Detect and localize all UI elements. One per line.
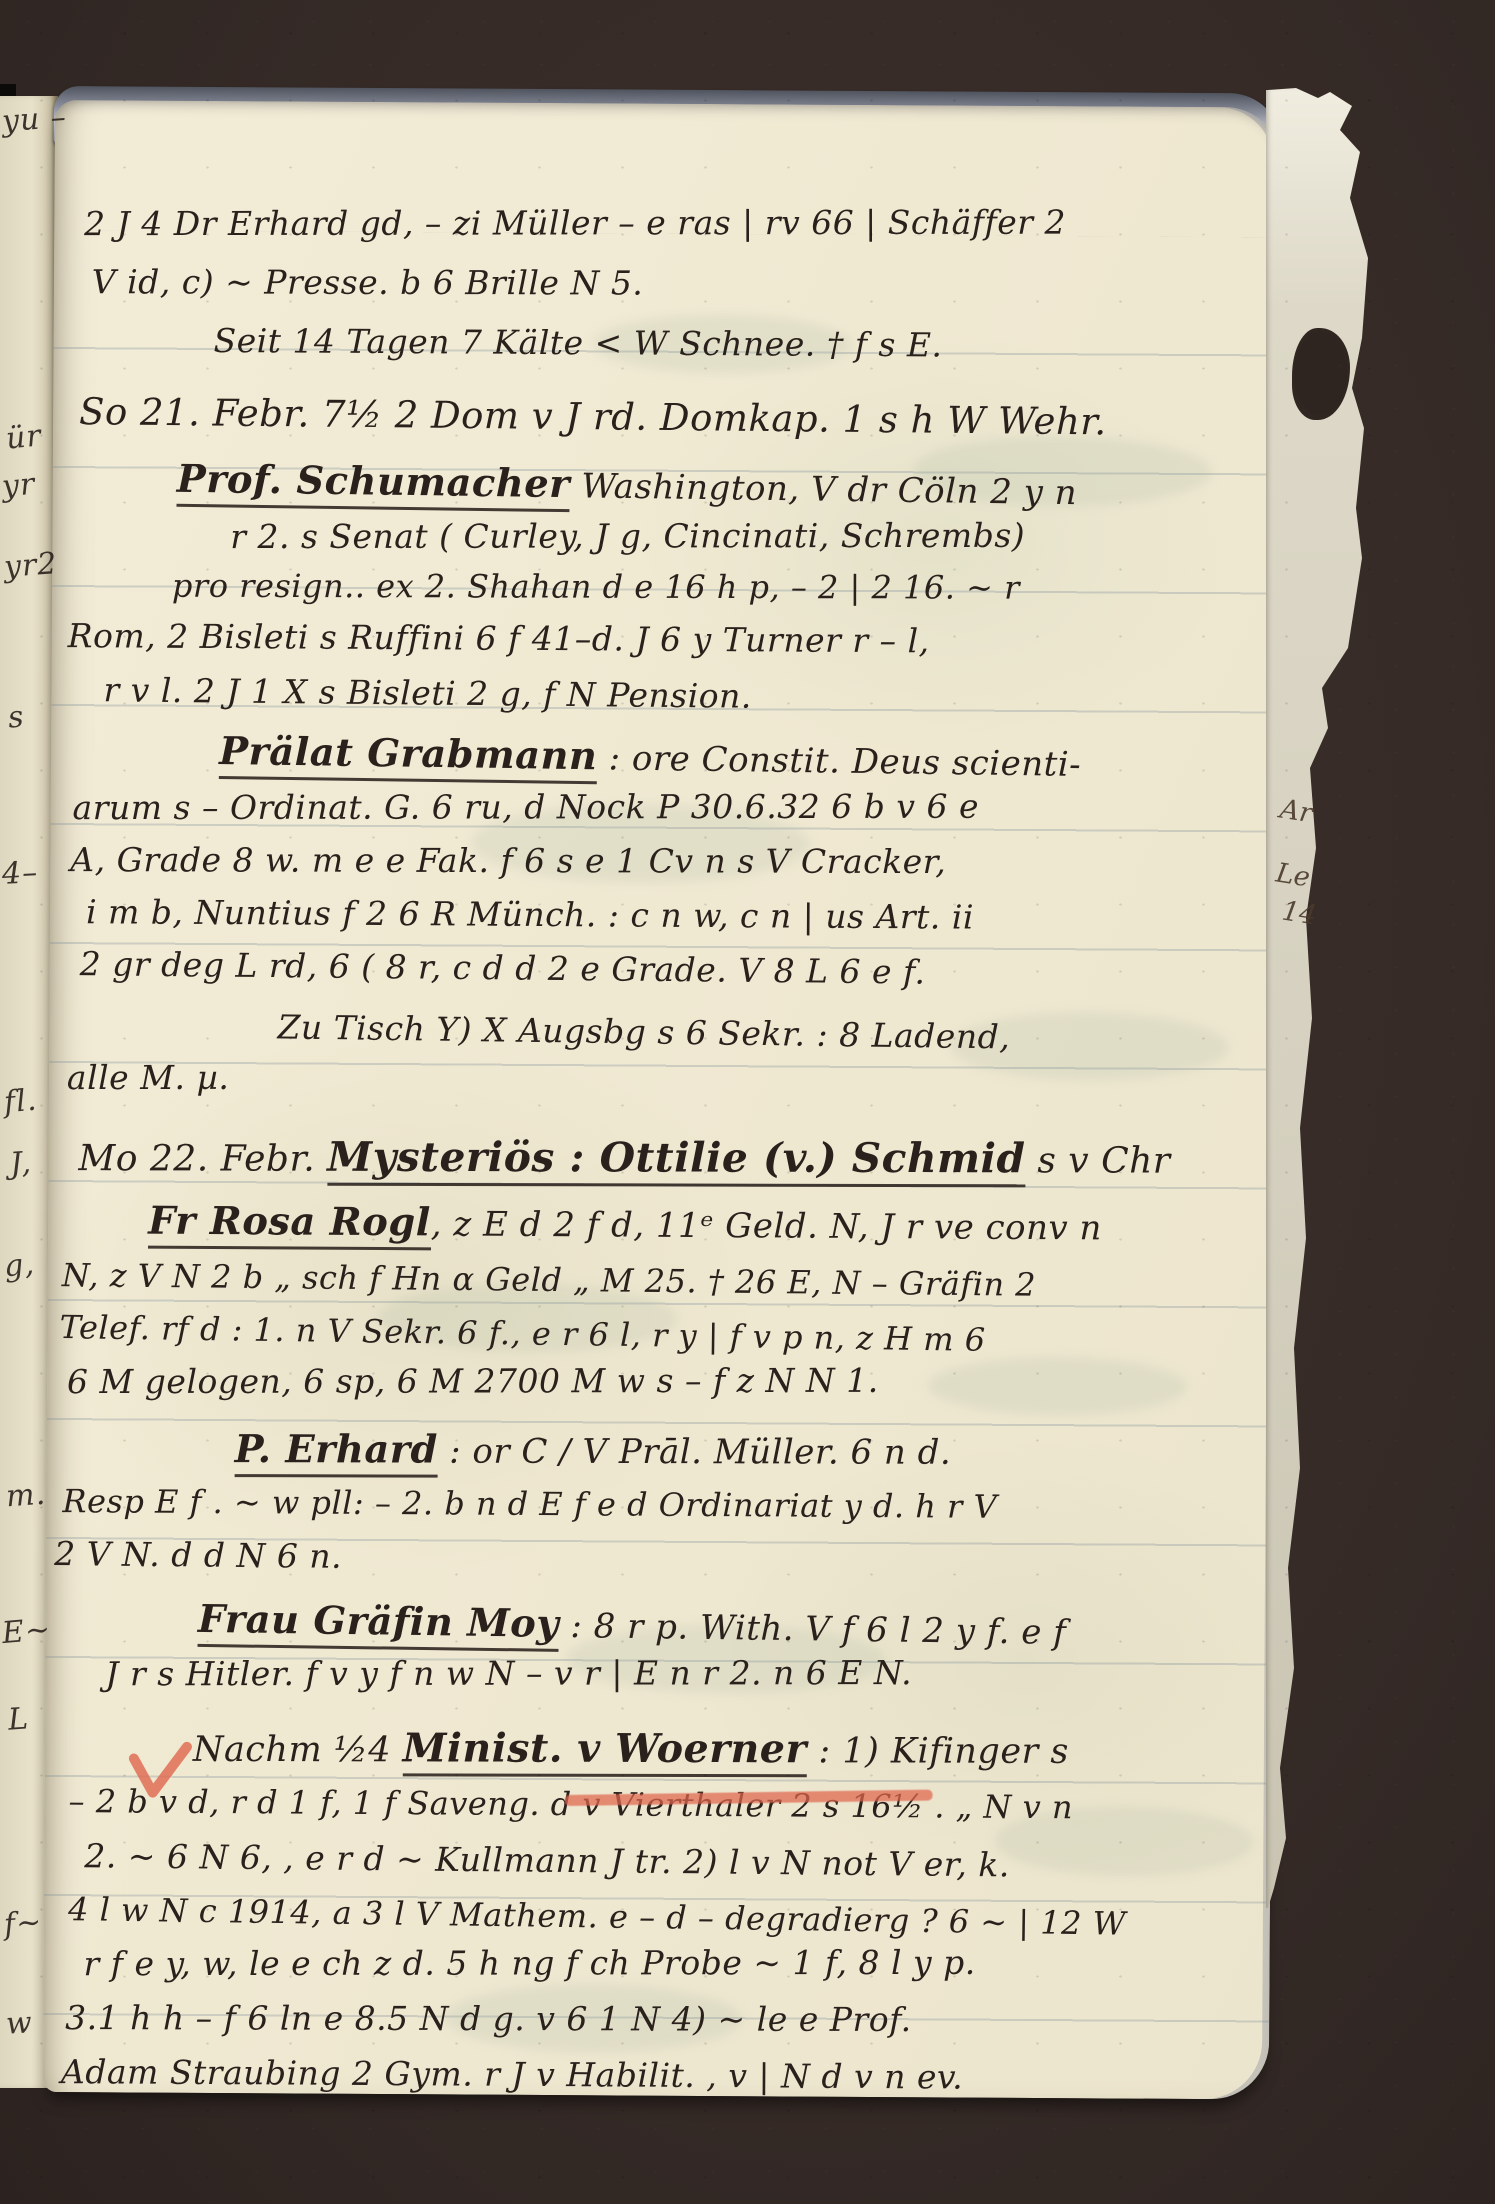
line-text: Telef. rf d : 1. n V Sekr. 6 f., e r 6 l…: [59, 1308, 985, 1359]
diary-line: Seit 14 Tagen 7 Kälte < W Schnee. † f s …: [213, 321, 942, 364]
line-text: Mo 22. Febr.: [78, 1138, 327, 1180]
diary-line: 2 J 4 Dr Erhard gd, – zi Müller – e ras …: [84, 203, 1066, 244]
cutoff-word-fragment: yu –: [1, 100, 68, 139]
diary-line: Rom, 2 Bisleti s Ruffini 6 f 41–d. J 6 y…: [68, 616, 930, 660]
cutoff-word-fragment: E~: [1, 1612, 53, 1651]
line-text: i m b, Nuntius f 2 6 R Münch. : c n w, c…: [86, 892, 974, 936]
line-text: : ore Constit. Deus scienti-: [597, 738, 1081, 785]
cutoff-word-fragment: L: [7, 1701, 30, 1737]
diary-line: Fr Rosa Rogl, z E d 2 f d, 11ᵉ Geld. N, …: [148, 1199, 1102, 1250]
line-text: Washington, V dr Cöln 2 y n: [570, 466, 1078, 513]
diary-line: V id, c) ~ Presse. b 6 Brille N 5.: [92, 262, 644, 302]
diary-line: A, Grade 8 w. m e e Fak. f 6 s e 1 Cv n …: [70, 840, 946, 881]
torn-strip-word-fragment: 14: [1280, 896, 1319, 932]
diary-line: Prälat Grabmann : ore Constit. Deus scie…: [219, 729, 1082, 786]
diary-line: r 2. s Senat ( Curley, J g, Cincinati, S…: [230, 516, 1025, 556]
line-text: arum s – Ordinat. G. 6 ru, d Nock P 30.6…: [72, 787, 979, 827]
line-text: r v l. 2 J 1 X s Bisleti 2 g, f N Pensio…: [103, 670, 752, 715]
line-text: , z E d 2 f d, 11ᵉ Geld. N, J r ve conv …: [431, 1204, 1102, 1248]
cutoff-word-fragment: yr2: [3, 546, 59, 585]
line-text: Resp E f . ~ w pll: – 2. b n d E f e d O…: [62, 1482, 997, 1526]
underlined-heading: Fr Rosa Rogl: [148, 1199, 431, 1251]
diary-line: 3.1 h h – f 6 ln e 8.5 N d g. v 6 1 N 4)…: [65, 1998, 912, 2039]
underlined-heading: Minist. v Woerner: [403, 1725, 807, 1777]
diary-line: arum s – Ordinat. G. 6 ru, d Nock P 30.6…: [72, 787, 979, 827]
line-text: 2 gr deg L rd, 6 ( 8 r, c d d 2 e Grade.…: [80, 944, 926, 991]
cutoff-word-fragment: w: [5, 2005, 33, 2041]
line-text: s v Chr: [1025, 1140, 1170, 1181]
cutoff-word-fragment: f~: [3, 1904, 44, 1942]
line-text: J r s Hitler. f v y f n w N – v r | E n …: [105, 1653, 912, 1693]
line-text: alle M. µ.: [67, 1058, 230, 1097]
cutoff-word-fragment: s: [6, 699, 26, 736]
diary-line: Resp E f . ~ w pll: – 2. b n d E f e d O…: [62, 1482, 997, 1526]
line-text: 3.1 h h – f 6 ln e 8.5 N d g. v 6 1 N 4)…: [65, 1998, 912, 2039]
diary-line: 2 gr deg L rd, 6 ( 8 r, c d d 2 e Grade.…: [80, 944, 926, 991]
underlined-heading: Frau Gräfin Moy: [198, 1597, 560, 1652]
cutoff-word-fragment: yr: [1, 467, 37, 505]
underlined-heading: Mysteriös : Ottilie (v.) Schmid: [327, 1133, 1025, 1188]
line-text: V id, c) ~ Presse. b 6 Brille N 5.: [92, 262, 644, 302]
diary-line: Telef. rf d : 1. n V Sekr. 6 f., e r 6 l…: [59, 1308, 985, 1359]
cutoff-word-fragment: ür: [4, 418, 43, 457]
diary-line: So 21. Febr. 7½ 2 Dom v J rd. Domkap. 1 …: [79, 390, 1107, 443]
diary-line: Frau Gräfin Moy : 8 r p. With. V f 6 l 2…: [198, 1597, 1067, 1654]
cutoff-word-fragment: fl.: [3, 1083, 39, 1121]
line-text: : 1) Kifinger s: [807, 1731, 1069, 1772]
line-text: 2 V N. d d N 6 n.: [54, 1534, 342, 1576]
diary-line: Mo 22. Febr. Mysteriös : Ottilie (v.) Sc…: [78, 1132, 1170, 1182]
diary-line: N, z V N 2 b „ sch f Hn α Geld „ M 25. †…: [62, 1256, 1037, 1304]
line-text: pro resign.. ex 2. Shahan d e 16 h p, – …: [172, 567, 1020, 607]
diary-line: 2. ~ 6 N 6, , e r d ~ Kullmann J tr. 2) …: [84, 1836, 1010, 1884]
diary-line: 2 V N. d d N 6 n.: [54, 1534, 342, 1576]
line-text: Zu Tisch Y) X Augsbg s 6 Sekr. : 8 Laden…: [277, 1007, 1010, 1056]
cutoff-word-fragment: m.: [5, 1477, 47, 1515]
underlined-heading: Prälat Grabmann: [219, 729, 598, 784]
diary-line: Zu Tisch Y) X Augsbg s 6 Sekr. : 8 Laden…: [277, 1007, 1010, 1056]
cutoff-word-fragment: g,: [2, 1246, 36, 1284]
diary-line: Nachm ½4 Minist. v Woerner : 1) Kifinger…: [193, 1725, 1069, 1773]
line-text: Nachm ½4: [193, 1730, 403, 1770]
diary-page: 2 J 4 Dr Erhard gd, – zi Müller – e ras …: [43, 100, 1281, 2099]
line-text: 2 J 4 Dr Erhard gd, – zi Müller – e ras …: [84, 203, 1066, 244]
diary-line: Adam Straubing 2 Gym. r J v Habilit. , v…: [61, 2052, 963, 2097]
underlined-heading: Prof. Schumacher: [176, 457, 570, 512]
line-text: : or C / V Prāl. Müller. 6 n d.: [438, 1432, 951, 1473]
diary-line: Prof. Schumacher Washington, V dr Cöln 2…: [177, 457, 1078, 514]
diary-line: alle M. µ.: [67, 1058, 230, 1097]
diary-line: 4 l w N c 1914, a 3 l V Mathem. e – d – …: [68, 1890, 1126, 1943]
torn-strip-word-fragment: Le: [1274, 858, 1312, 894]
line-text: Rom, 2 Bisleti s Ruffini 6 f 41–d. J 6 y…: [68, 616, 930, 660]
underlined-heading: P. Erhard: [235, 1427, 438, 1477]
diary-line: 6 M gelogen, 6 sp, 6 M 2700 M w s – f z …: [67, 1361, 879, 1401]
diary-line: P. Erhard : or C / V Prāl. Müller. 6 n d…: [235, 1427, 952, 1474]
line-text: N, z V N 2 b „ sch f Hn α Geld „ M 25. †…: [62, 1256, 1037, 1304]
cutoff-word-fragment: J,: [9, 1145, 33, 1181]
line-text: So 21. Febr. 7½ 2 Dom v J rd. Domkap. 1 …: [79, 390, 1107, 443]
cutoff-word-fragment: 4–: [1, 855, 39, 892]
line-text: 2. ~ 6 N 6, , e r d ~ Kullmann J tr. 2) …: [84, 1836, 1010, 1884]
diary-line: pro resign.. ex 2. Shahan d e 16 h p, – …: [172, 567, 1020, 607]
diary-scan-photo: 2 J 4 Dr Erhard gd, – zi Müller – e ras …: [0, 0, 1495, 2204]
line-text: 6 M gelogen, 6 sp, 6 M 2700 M w s – f z …: [67, 1361, 879, 1401]
line-text: : 8 r p. With. V f 6 l 2 y f. e f: [559, 1606, 1067, 1653]
diary-line: i m b, Nuntius f 2 6 R Münch. : c n w, c…: [86, 892, 974, 936]
line-text: Seit 14 Tagen 7 Kälte < W Schnee. † f s …: [213, 321, 942, 364]
line-text: r 2. s Senat ( Curley, J g, Cincinati, S…: [230, 516, 1025, 556]
line-text: Adam Straubing 2 Gym. r J v Habilit. , v…: [61, 2052, 963, 2097]
red-pencil-checkmark: [129, 1740, 193, 1802]
line-text: A, Grade 8 w. m e e Fak. f 6 s e 1 Cv n …: [70, 840, 946, 881]
diary-line: r f e y, w, le e ch z d. 5 h ng f ch Pro…: [83, 1943, 975, 1983]
diary-line: r v l. 2 J 1 X s Bisleti 2 g, f N Pensio…: [103, 670, 752, 715]
torn-strip-word-fragment: Ar: [1278, 794, 1315, 830]
line-text: 4 l w N c 1914, a 3 l V Mathem. e – d – …: [68, 1890, 1126, 1943]
line-text: r f e y, w, le e ch z d. 5 h ng f ch Pro…: [83, 1943, 975, 1983]
diary-line: J r s Hitler. f v y f n w N – v r | E n …: [105, 1653, 912, 1693]
